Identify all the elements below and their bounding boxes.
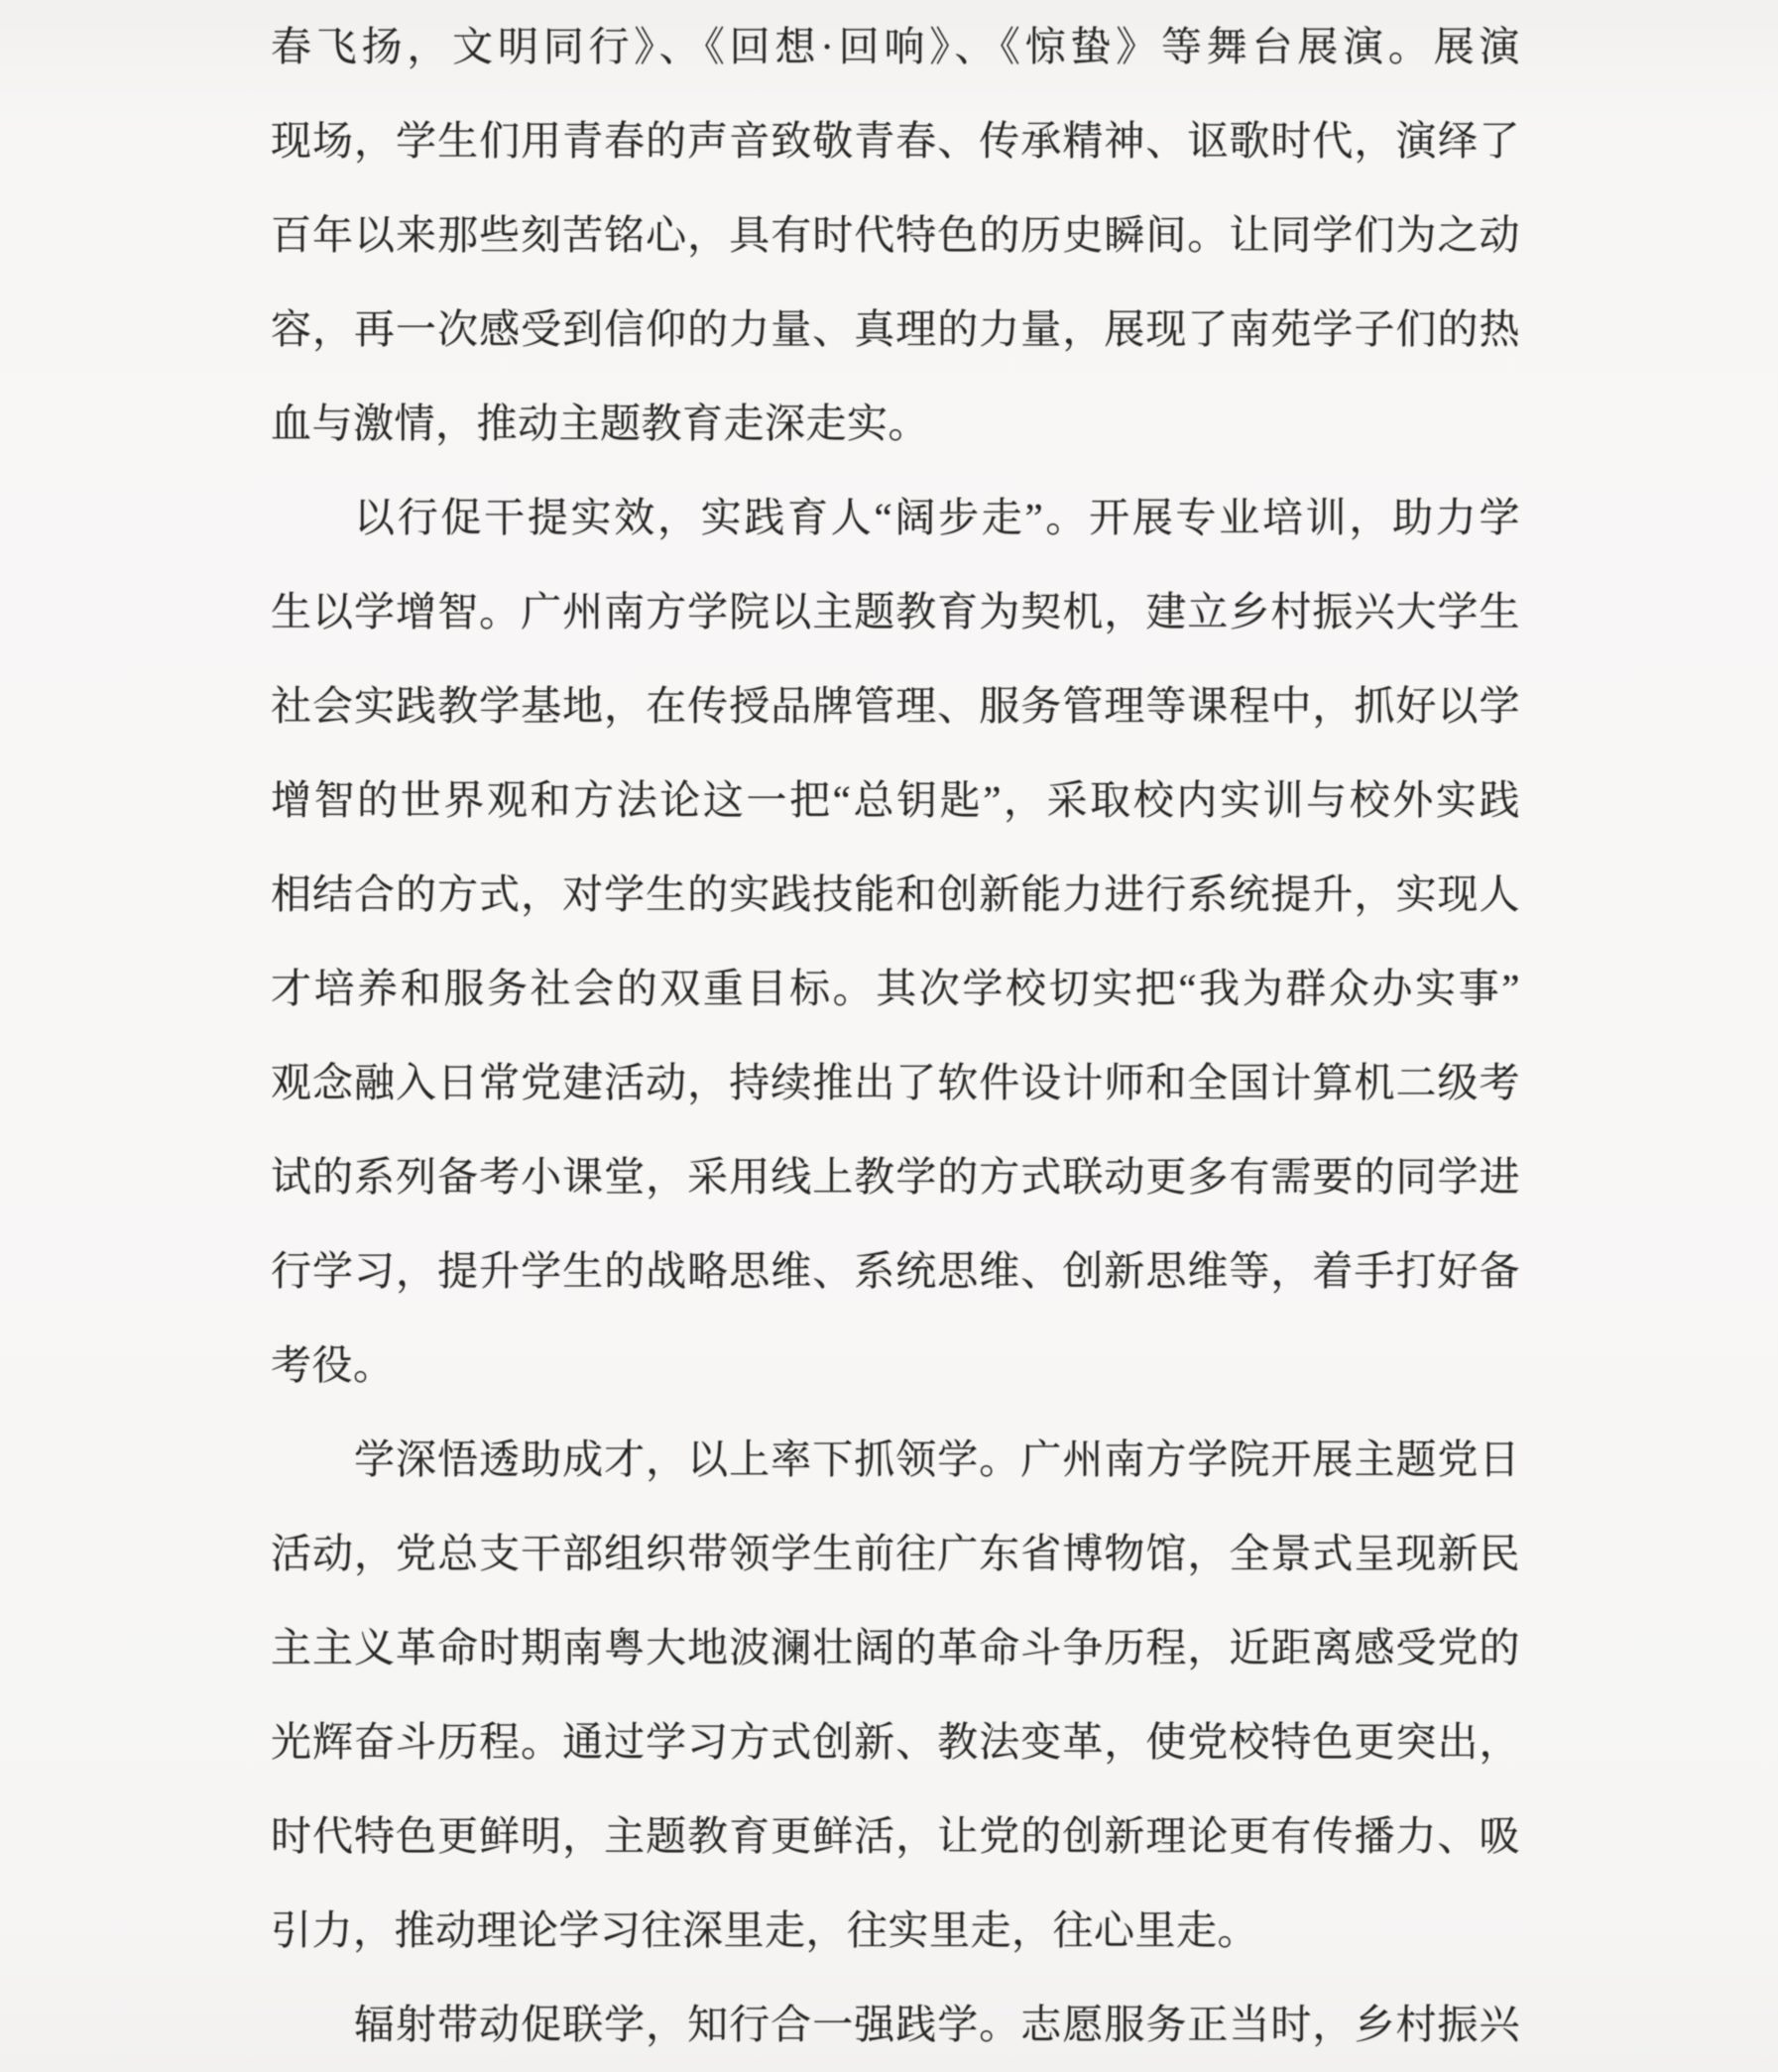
text-line: 活动，党总支干部组织带领学生前往广东省博物馆，全景式呈现新民	[271, 1507, 1520, 1601]
paragraph: 学深悟透助成才，以上率下抓领学。广州南方学院开展主题党日活动，党总支干部组织带领…	[271, 1413, 1520, 1978]
document-page: 春飞扬，文明同行》、《回想·回响》、《惊蛰》等舞台展演。展演现场，学生们用青春的…	[0, 0, 1778, 2072]
text-line: 学深悟透助成才，以上率下抓领学。广州南方学院开展主题党日	[271, 1413, 1520, 1507]
text-line: 光辉奋斗历程。通过学习方式创新、教法变革，使党校特色更突出，	[271, 1695, 1520, 1789]
text-line: 才培养和服务社会的双重目标。其次学校切实把“我为群众办实事”	[271, 942, 1520, 1036]
text-line: 试的系列备考小课堂，采用线上教学的方式联动更多有需要的同学进	[271, 1130, 1520, 1224]
text-line: 春飞扬，文明同行》、《回想·回响》、《惊蛰》等舞台展演。展演	[271, 0, 1520, 94]
text-line: 行学习，提升学生的战略思维、系统思维、创新思维等，着手打好备	[271, 1224, 1520, 1319]
paragraph: 以行促干提实效，实践育人“阔步走”。开展专业培训，助力学生以学增智。广州南方学院…	[271, 471, 1520, 1413]
text-line: 增智的世界观和方法论这一把“总钥匙”，采取校内实训与校外实践	[271, 753, 1520, 848]
text-line: 主主义革命时期南粤大地波澜壮阔的革命斗争历程，近距离感受党的	[271, 1601, 1520, 1695]
text-line: 百年以来那些刻苦铭心，具有时代特色的历史瞬间。让同学们为之动	[271, 188, 1520, 283]
text-line: 以行促干提实效，实践育人“阔步走”。开展专业培训，助力学	[271, 471, 1520, 565]
text-line: 相结合的方式，对学生的实践技能和创新能力进行系统提升，实现人	[271, 848, 1520, 942]
text-line: 容，再一次感受到信仰的力量、真理的力量，展现了南苑学子们的热	[271, 283, 1520, 377]
text-line: 辐射带动促联学，知行合一强践学。志愿服务正当时，乡村振兴	[271, 1978, 1520, 2072]
text-line: 考役。	[271, 1319, 1520, 1413]
text-line: 社会实践教学基地，在传授品牌管理、服务管理等课程中，抓好以学	[271, 659, 1520, 753]
text-line: 时代特色更鲜明，主题教育更鲜活，让党的创新理论更有传播力、吸	[271, 1789, 1520, 1884]
document-text-block: 春飞扬，文明同行》、《回想·回响》、《惊蛰》等舞台展演。展演现场，学生们用青春的…	[271, 0, 1520, 2072]
paragraph: 春飞扬，文明同行》、《回想·回响》、《惊蛰》等舞台展演。展演现场，学生们用青春的…	[271, 0, 1520, 471]
text-line: 血与激情，推动主题教育走深走实。	[271, 377, 1520, 471]
paragraph: 辐射带动促联学，知行合一强践学。志愿服务正当时，乡村振兴	[271, 1978, 1520, 2072]
text-line: 观念融入日常党建活动，持续推出了软件设计师和全国计算机二级考	[271, 1036, 1520, 1130]
text-line: 生以学增智。广州南方学院以主题教育为契机，建立乡村振兴大学生	[271, 565, 1520, 659]
text-line: 现场，学生们用青春的声音致敬青春、传承精神、讴歌时代，演绎了	[271, 94, 1520, 188]
text-line: 引力，推动理论学习往深里走，往实里走，往心里走。	[271, 1884, 1520, 1978]
